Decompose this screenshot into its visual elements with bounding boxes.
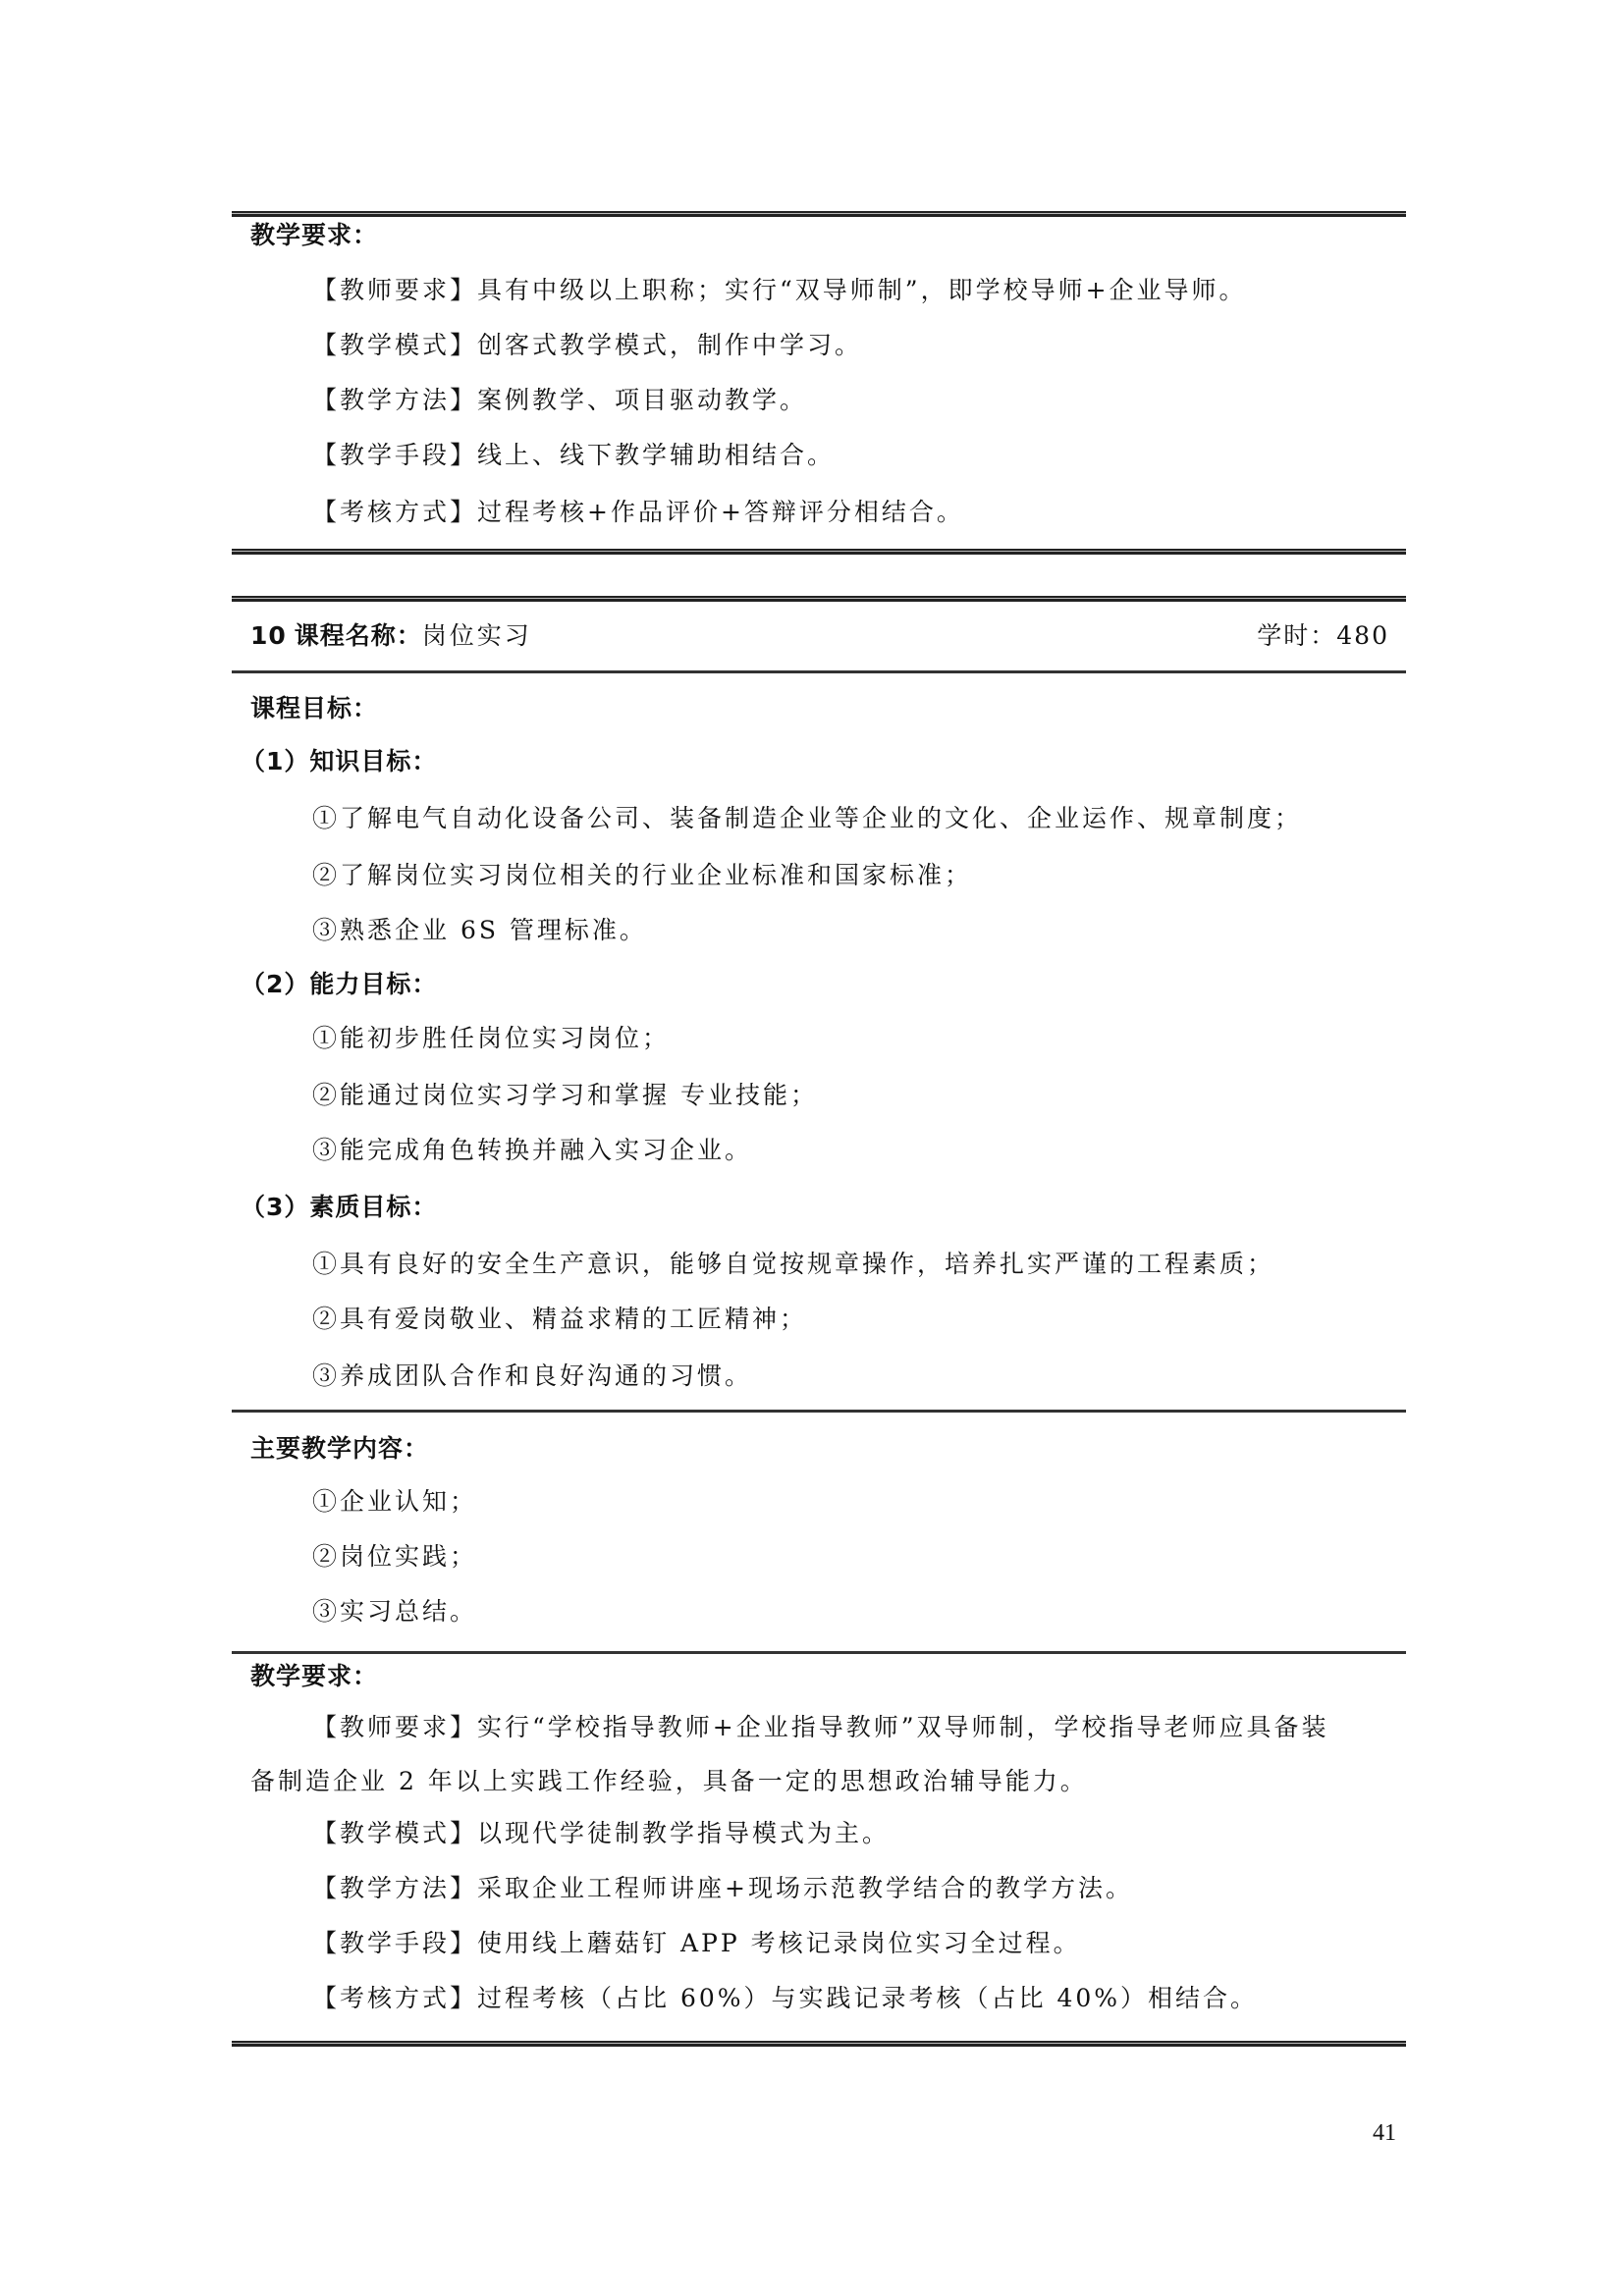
teaching-requirements-heading: 教学要求： <box>250 220 378 251</box>
quality-objectives-heading: （3）素质目标： <box>241 1192 437 1223</box>
course-title-divider <box>232 670 1406 673</box>
knowledge-objectives-heading: （1）知识目标： <box>241 746 437 777</box>
ability-objective-item: ①能初步胜任岗位实习岗位； <box>312 1023 670 1054</box>
quality-objective-item: ③养成团队合作和良好沟通的习惯。 <box>312 1361 752 1392</box>
course-name: 岗位实习 <box>422 621 532 650</box>
objectives-divider <box>232 1410 1406 1413</box>
requirement-teacher-line2: 备制造企业 2 年以上实践工作经验，具备一定的思想政治辅导能力。 <box>250 1766 1088 1797</box>
requirements-heading: 教学要求： <box>250 1661 378 1692</box>
requirement-teacher-line1: 【教师要求】实行“学校指导教师+企业指导教师”双导师制，学校指导老师应具备装 <box>312 1712 1329 1743</box>
requirement-method: 【教学方法】案例教学、项目驱动教学。 <box>312 385 807 416</box>
page-number: 41 <box>1373 2120 1396 2147</box>
ability-objectives-heading: （2）能力目标： <box>241 969 437 1000</box>
requirement-method: 【教学方法】采取企业工程师讲座+现场示范教学结合的教学方法。 <box>312 1873 1133 1904</box>
course-start-divider <box>232 596 1406 602</box>
main-content-heading: 主要教学内容： <box>250 1433 429 1465</box>
content-item: ③实习总结。 <box>312 1596 477 1628</box>
course-hours-value: 480 <box>1336 621 1389 650</box>
requirement-mode: 【教学模式】以现代学徒制教学指导模式为主。 <box>312 1818 890 1849</box>
section-end-divider <box>232 549 1406 555</box>
quality-objective-item: ②具有爱岗敬业、精益求精的工匠精神； <box>312 1304 807 1335</box>
requirement-means: 【教学手段】线上、线下教学辅助相结合。 <box>312 440 835 471</box>
content-divider <box>232 1651 1406 1654</box>
ability-objective-item: ③能完成角色转换并融入实习企业。 <box>312 1135 752 1166</box>
content-item: ①企业认知； <box>312 1486 477 1518</box>
requirement-mode: 【教学模式】创客式教学模式，制作中学习。 <box>312 330 862 361</box>
document-page: 教学要求： 【教师要求】具有中级以上职称；实行“双导师制”，即学校导师+企业导师… <box>0 0 1624 2296</box>
course-end-divider <box>232 2041 1406 2047</box>
objectives-heading: 课程目标： <box>250 693 378 724</box>
section-divider-double <box>232 211 1406 217</box>
content-item: ②岗位实践； <box>312 1541 477 1573</box>
course-hours-label: 学时： <box>1257 621 1336 650</box>
requirement-assessment: 【考核方式】过程考核（占比 60%）与实践记录考核（占比 40%）相结合。 <box>312 1983 1258 2014</box>
course-name-label: 课程名称： <box>295 621 422 650</box>
course-hours: 学时：480 <box>1257 620 1389 652</box>
knowledge-objective-item: ③熟悉企业 6S 管理标准。 <box>312 915 647 946</box>
course-number: 10 <box>250 621 287 650</box>
knowledge-objective-item: ①了解电气自动化设备公司、装备制造企业等企业的文化、企业运作、规章制度； <box>312 803 1302 834</box>
course-title-row: 10 课程名称：岗位实习 学时：480 <box>250 620 1389 656</box>
requirement-teacher: 【教师要求】具有中级以上职称；实行“双导师制”，即学校导师+企业导师。 <box>312 275 1247 306</box>
requirement-means: 【教学手段】使用线上蘑菇钉 APP 考核记录岗位实习全过程。 <box>312 1928 1081 1959</box>
knowledge-objective-item: ②了解岗位实习岗位相关的行业企业标准和国家标准； <box>312 860 972 891</box>
course-title: 10 课程名称：岗位实习 <box>250 620 532 652</box>
quality-objective-item: ①具有良好的安全生产意识，能够自觉按规章操作，培养扎实严谨的工程素质； <box>312 1249 1274 1280</box>
ability-objective-item: ②能通过岗位实习学习和掌握 专业技能； <box>312 1080 818 1111</box>
requirement-assessment: 【考核方式】过程考核+作品评价+答辩评分相结合。 <box>312 497 964 528</box>
